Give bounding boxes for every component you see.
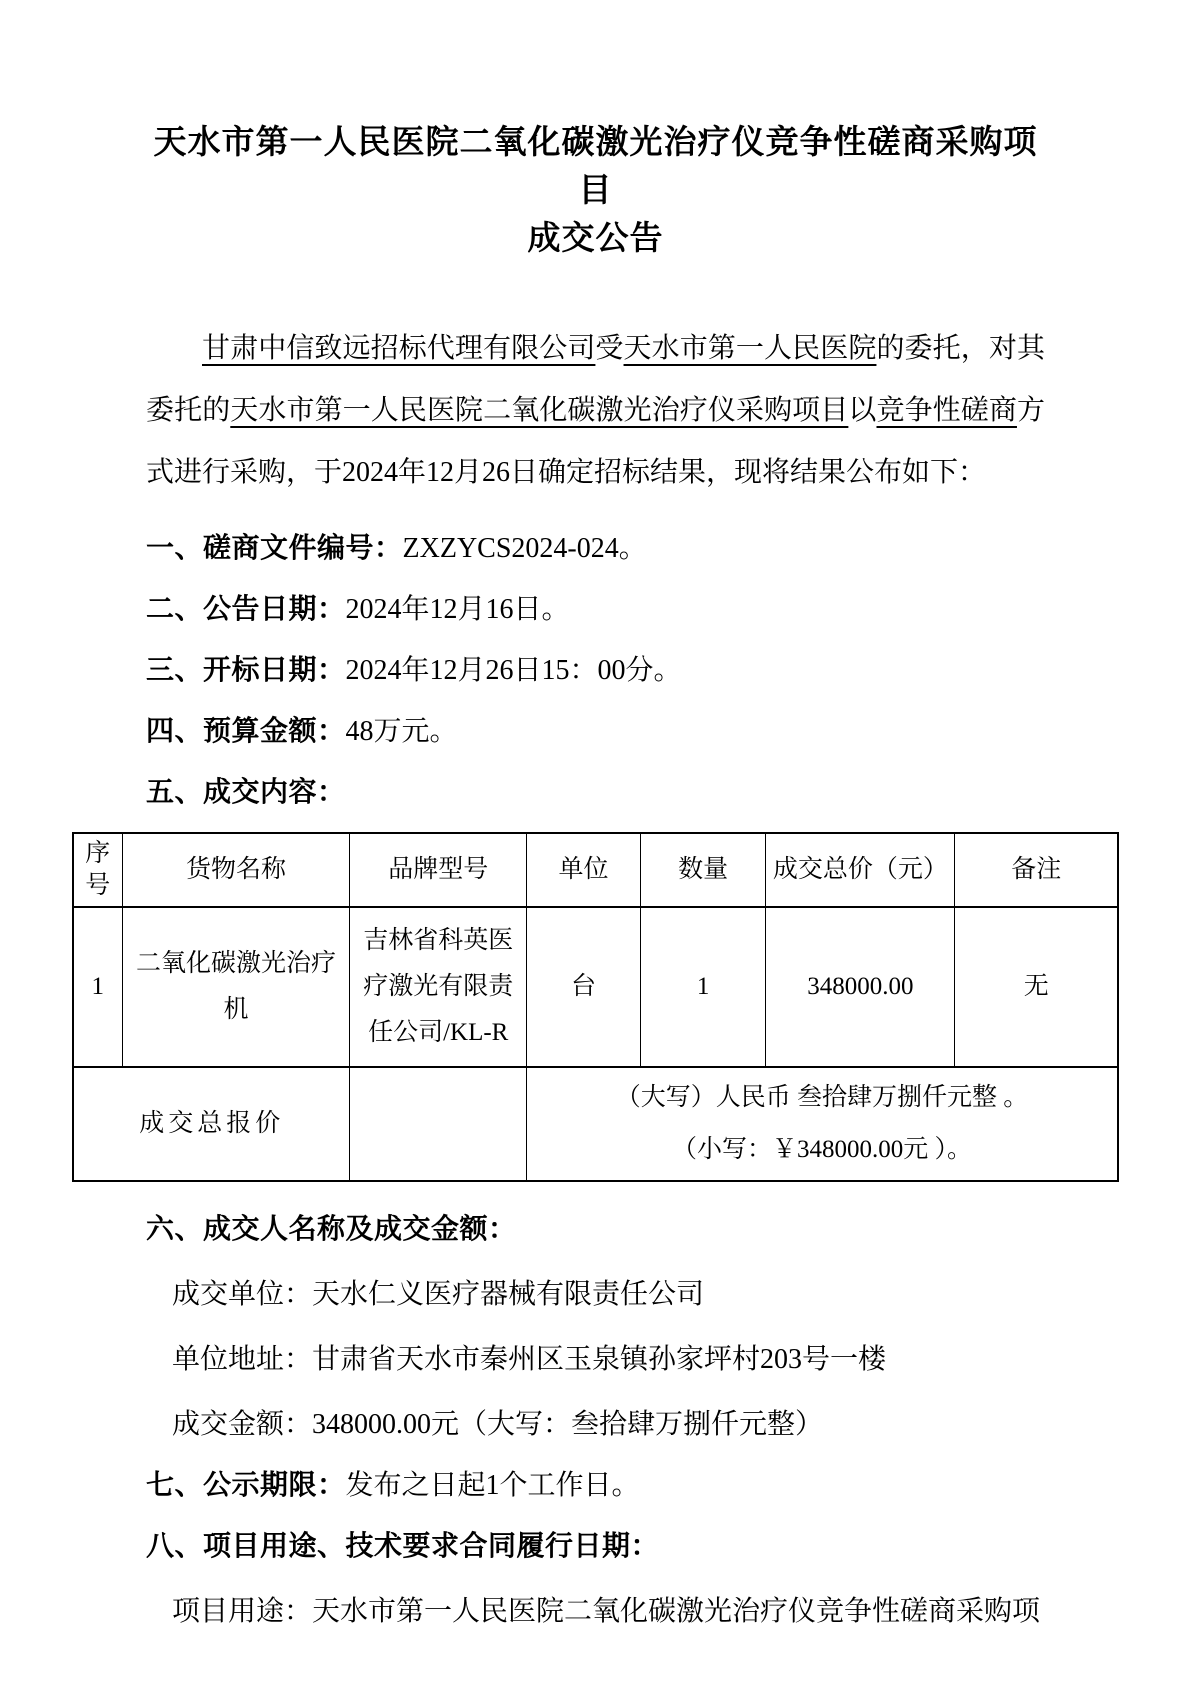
table-header-row: 序号 货物名称 品牌型号 单位 数量 成交总价（元） 备注 [73, 833, 1118, 907]
intro-text: 以 [848, 395, 876, 426]
section-file-number: 一、磋商文件编号：ZXZYCS2024-024。 [146, 531, 1045, 565]
project-purpose-line: 项目用途：天水市第一人民医院二氧化碳激光治疗仪竞争性磋商采购项 [146, 1595, 1045, 1628]
summary-amount-cell: （大写）人民币 叁拾肆万捌仟元整 。 （小写：￥348000.00元 ）。 [527, 1067, 1119, 1181]
document-title-line1: 天水市第一人民医院二氧化碳激光治疗仪竞争性磋商采购项目 [146, 118, 1045, 214]
section-budget-amount-label: 四、预算金额： [146, 715, 346, 746]
section-bid-opening-date-value: 2024年12月26日15：00分。 [346, 655, 682, 686]
summary-amount-numeric: （小写：￥348000.00元 ）。 [533, 1124, 1111, 1176]
summary-amount-capital: （大写）人民币 叁拾肆万捌仟元整 。 [533, 1072, 1111, 1124]
table-summary-row: 成交总报价 （大写）人民币 叁拾肆万捌仟元整 。 （小写：￥348000.00元… [73, 1067, 1118, 1181]
section-announce-date-value: 2024年12月16日。 [346, 594, 570, 625]
table-header-remark: 备注 [955, 833, 1118, 907]
section-award-content: 五、成交内容： [146, 775, 1045, 809]
table-header-goods-name: 货物名称 [122, 833, 350, 907]
section-project-purpose-heading-label: 八、项目用途、技术要求合同履行日期： [146, 1530, 659, 1561]
section-winner-heading: 六、成交人名称及成交金额： [146, 1212, 1045, 1246]
section-project-purpose-heading: 八、项目用途、技术要求合同履行日期： [146, 1529, 1045, 1563]
item-serial: 1 [73, 907, 122, 1067]
section-announce-date-label: 二、公告日期： [146, 593, 346, 624]
item-goods-name: 二氧化碳激光治疗机 [122, 907, 350, 1067]
award-table: 序号 货物名称 品牌型号 单位 数量 成交总价（元） 备注 1 二氧化碳激光治疗… [72, 832, 1119, 1182]
intro-text: 受 [595, 333, 623, 364]
winner-amount-line: 成交金额：348000.00元（大写：叁拾肆万捌仟元整） [146, 1408, 1045, 1441]
section-winner-heading-label: 六、成交人名称及成交金额： [146, 1213, 517, 1244]
table-header-total-price: 成交总价（元） [766, 833, 955, 907]
table-header-serial: 序号 [73, 833, 122, 907]
item-total-price: 348000.00 [766, 907, 955, 1067]
table-header-unit: 单位 [527, 833, 641, 907]
section-bid-opening-date-label: 三、开标日期： [146, 654, 346, 685]
summary-brand-empty-cell [350, 1067, 527, 1181]
section-bid-opening-date: 三、开标日期：2024年12月26日15：00分。 [146, 653, 1045, 687]
section-announce-date: 二、公告日期：2024年12月16日。 [146, 592, 1045, 626]
section-publicity-period-value: 发布之日起1个工作日。 [346, 1470, 640, 1501]
item-quantity: 1 [640, 907, 765, 1067]
purchaser-name-text: 天水市第一人民医院 [624, 333, 877, 364]
document-title: 天水市第一人民医院二氧化碳激光治疗仪竞争性磋商采购项目 成交公告 [146, 118, 1045, 262]
agency-name-text: 甘肃中信致远招标代理有限公司 [202, 333, 595, 364]
table-header-brand-model: 品牌型号 [350, 833, 527, 907]
item-unit: 台 [527, 907, 641, 1067]
section-file-number-value: ZXZYCS2024-024。 [403, 533, 647, 564]
section-file-number-label: 一、磋商文件编号： [146, 532, 403, 563]
procurement-method-text: 竞争性磋商 [876, 395, 1016, 426]
section-budget-amount: 四、预算金额：48万元。 [146, 714, 1045, 748]
document-page: 天水市第一人民医院二氧化碳激光治疗仪竞争性磋商采购项目 成交公告 甘肃中信致远招… [0, 0, 1191, 1684]
table-header-quantity: 数量 [640, 833, 765, 907]
item-remark: 无 [955, 907, 1118, 1067]
project-name-text: 天水市第一人民医院二氧化碳激光治疗仪采购项目 [230, 395, 848, 426]
document-title-line2: 成交公告 [146, 214, 1045, 262]
section-budget-amount-value: 48万元。 [346, 716, 458, 747]
winner-company-line: 成交单位：天水仁义医疗器械有限责任公司 [146, 1278, 1045, 1311]
section-publicity-period-label: 七、公示期限： [146, 1469, 346, 1500]
summary-label: 成交总报价 [73, 1067, 350, 1181]
item-brand-model: 吉林省科英医疗激光有限责任公司/KL-R [350, 907, 527, 1067]
section-award-content-label: 五、成交内容： [146, 776, 346, 807]
winner-address-line: 单位地址：甘肃省天水市秦州区玉泉镇孙家坪村203号一楼 [146, 1343, 1045, 1376]
table-item-row: 1 二氧化碳激光治疗机 吉林省科英医疗激光有限责任公司/KL-R 台 1 348… [73, 907, 1118, 1067]
section-publicity-period: 七、公示期限：发布之日起1个工作日。 [146, 1468, 1045, 1502]
intro-paragraph: 甘肃中信致远招标代理有限公司受天水市第一人民医院的委托，对其委托的天水市第一人民… [146, 318, 1045, 504]
